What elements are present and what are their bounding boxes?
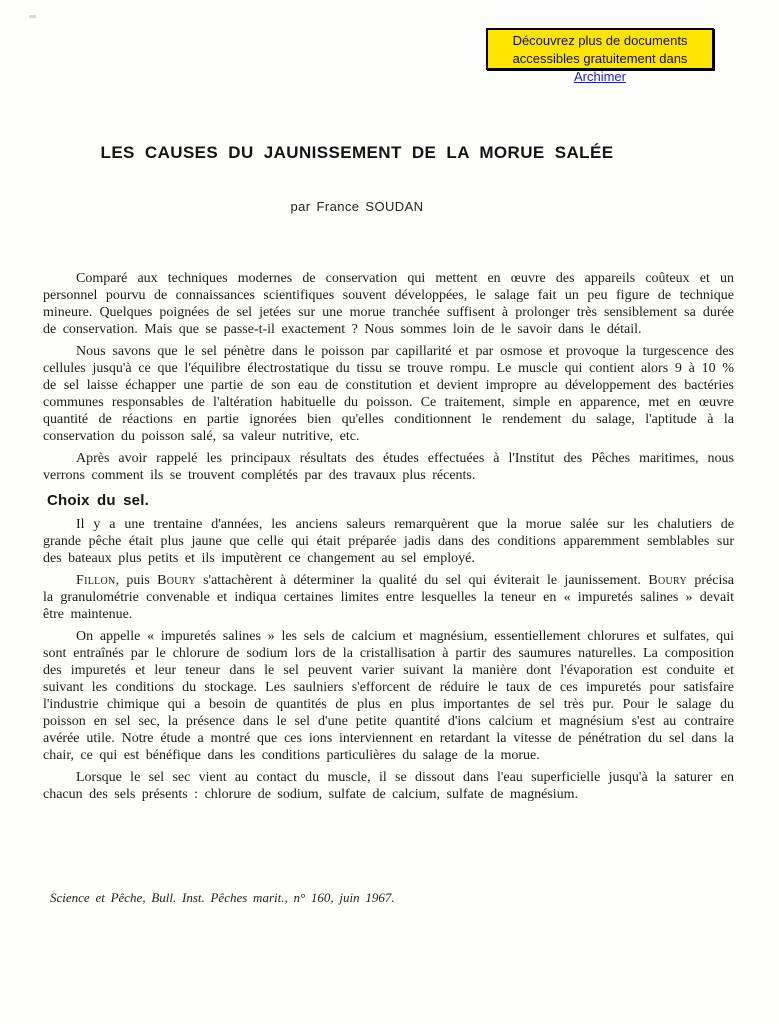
intro-paragraph-1: Comparé aux techniques modernes de conse… — [43, 270, 734, 338]
intro-paragraph-2: Nous savons que le sel pénètre dans le p… — [43, 343, 734, 445]
banner-text-line2: accessibles gratuitement dans Archimer — [488, 50, 712, 86]
section-paragraph-4: Lorsque le sel sec vient au contact du m… — [43, 769, 734, 803]
section-paragraph-2-part-4: s'attachèrent à déterminer la qualité du… — [196, 573, 649, 588]
document-page: Découvrez plus de documents accessibles … — [0, 0, 779, 1024]
archimer-banner: Découvrez plus de documents accessibles … — [486, 28, 714, 70]
scan-artifact — [29, 15, 36, 18]
section-paragraph-1: Il y a une trentaine d'années, les ancie… — [43, 516, 734, 567]
article-byline: par France SOUDAN — [20, 199, 694, 214]
section-paragraph-2: Fillon, puis Boury s'attachèrent à déter… — [43, 572, 734, 623]
article-body: Comparé aux techniques modernes de conse… — [43, 270, 734, 808]
banner-line1-text: Découvrez plus de documents — [513, 33, 688, 48]
section-paragraph-2-part-2: , puis — [116, 573, 158, 588]
intro-paragraph-3: Après avoir rappelé les principaux résul… — [43, 450, 734, 484]
banner-line2-prefix: accessibles gratuitement dans — [513, 51, 688, 66]
footer-citation: Science et Pêche, Bull. Inst. Pêches mar… — [50, 890, 395, 906]
archimer-link[interactable]: Archimer — [574, 69, 626, 84]
section-heading-choix-du-sel: Choix du sel. — [47, 492, 734, 509]
author-name-boury: Boury — [157, 573, 196, 588]
article-title: LES CAUSES DU JAUNISSEMENT DE LA MORUE S… — [20, 143, 694, 163]
author-name-boury-2: Boury — [648, 573, 687, 588]
author-name-fillon: Fillon — [76, 573, 116, 588]
section-paragraph-3: On appelle « impuretés salines » les sel… — [43, 628, 734, 764]
title-block: LES CAUSES DU JAUNISSEMENT DE LA MORUE S… — [20, 143, 694, 214]
banner-text-line1: Découvrez plus de documents — [488, 32, 712, 50]
